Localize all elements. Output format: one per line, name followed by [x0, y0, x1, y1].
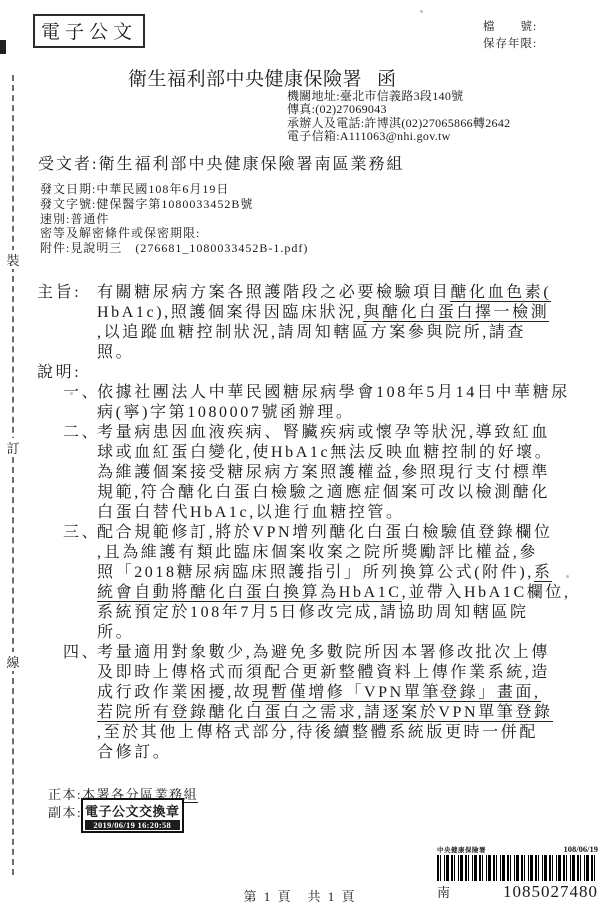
recipient-label: 受文者:	[38, 156, 98, 173]
document-page: 電子公文 檔 號: 保存年限: 衛生福利部中央健康保險署函 機關地址:臺北市信義…	[0, 0, 600, 914]
copy-recipient-line: 副本:	[48, 802, 82, 821]
text-segment: ,並帶入HbA1C欄位,	[402, 584, 571, 601]
item-lines: 考量病患因血液疾病、腎臟疾病或懷孕等狀況,導致紅血球或血紅蛋白變化,使HbA1c…	[97, 423, 600, 523]
body-line: 規範,符合醣化白蛋白檢驗之適應症個案可改以檢測醣化	[97, 483, 600, 503]
barcode-number: 1085027480	[503, 882, 598, 902]
body-line: 考量病患因血液疾病、腎臟疾病或懷孕等狀況,導致紅血	[97, 423, 600, 443]
barcode	[437, 855, 598, 881]
barcode-date: 108/06/19	[564, 844, 598, 854]
exchange-stamp-datetime: 2019/06/19 16:20:58	[85, 820, 180, 830]
attachment-reference: 附件:見說明三 (276681_1080033452B-1.pdf)	[40, 241, 308, 256]
item-number: 二、	[63, 423, 100, 443]
text-segment: 系統預定於108年7月5日修改完成,請協助周知轄區院	[97, 604, 529, 621]
text-segment: ,以追蹤血糖控制狀況,請周知轄區方案參與院所,請查	[97, 324, 526, 341]
text-segment: 有關糖尿病方案各照護階段之必要檢驗項目	[97, 284, 450, 301]
item-lines: 依據社團法人中華民國糖尿病學會108年5月14日中華糖尿病(寧)字第108000…	[97, 383, 600, 423]
body-line: 配合規範修訂,將於VPN增列醣化白蛋白檢驗值登錄欄位	[97, 523, 600, 543]
text-segment: 照。	[97, 344, 134, 361]
body-line: ,以追蹤血糖控制狀況,請周知轄區方案參與院所,請查	[97, 323, 600, 343]
agency-contact-block: 機關地址:臺北市信義路3段140號 傳真:(02)27069043 承辦人及電話…	[287, 90, 510, 143]
text-segment: HbA1c),照護個案得因臨床狀況,	[97, 304, 363, 321]
scan-noise-dot	[232, 162, 235, 165]
document-body: 主旨: 有關糖尿病方案各照護階段之必要檢驗項目醣化血色素(HbA1c),照護個案…	[0, 283, 600, 763]
binding-margin-line	[12, 75, 14, 875]
underlined-text-segment: 與醣化白蛋白擇一檢測	[363, 304, 549, 322]
text-segment: 考量適用對象數少,為避免多數院所因本署修改批次上傳	[97, 644, 550, 661]
document-meta-block: 發文日期:中華民國108年6月19日 發文字號:健保醫字第1080033452B…	[40, 182, 308, 256]
document-title: 衛生福利部中央健康保險署函	[128, 64, 397, 91]
text-segment: ,至於其他上傳格式部分,待後續整體系統版更時一併配	[97, 724, 538, 741]
text-segment: 所。	[97, 624, 134, 641]
file-number-label: 檔 號:	[483, 19, 537, 36]
recipient-line: 受文者:衛生福利部中央健康保險署南區業務組	[38, 151, 404, 174]
issuing-agency-name: 衛生福利部中央健康保險署	[128, 69, 362, 90]
text-segment: 照「2018糖尿病臨床照護指引」所列換算公式(附件),	[97, 564, 534, 581]
body-line: 依據社團法人中華民國糖尿病學會108年5月14日中華糖尿	[97, 383, 600, 403]
explanation-label: 說明:	[0, 363, 600, 383]
barcode-agency-name: 中央健康保險署	[437, 845, 486, 854]
body-line: 若院所有登錄醣化白蛋白之需求,請逐案於VPN單筆登錄	[97, 703, 600, 723]
priority: 速別:普通件	[40, 212, 308, 227]
body-line: 及即時上傳格式而須配合更新整體資料上傳作業系統,造	[97, 663, 600, 683]
binding-mark-zhuang: 裝	[4, 250, 22, 269]
body-line: ,至於其他上傳格式部分,待後續整體系統版更時一併配	[97, 723, 600, 743]
body-line: ,且為維護有類此臨床個案收案之院所獎勵評比權益,參	[97, 543, 600, 563]
electronic-document-stamp: 電子公文	[33, 14, 145, 48]
retention-period-label: 保存年限:	[483, 36, 537, 53]
recipient-value: 衛生福利部中央健康保險署南區業務組	[98, 156, 404, 173]
text-segment: 考量病患因血液疾病、腎臟疾病或懷孕等狀況,導致紅血	[97, 424, 550, 441]
text-segment: 球或血紅蛋白變化,使HbA1c無法反映血糖控制的好壞。	[97, 444, 553, 461]
body-line: HbA1c),照護個案得因臨床狀況,與醣化白蛋白擇一檢測	[97, 303, 600, 323]
subject-lines: 有關糖尿病方案各照護階段之必要檢驗項目醣化血色素(HbA1c),照護個案得因臨床…	[97, 283, 600, 363]
barcode-header: 中央健康保險署 108/06/19	[437, 844, 598, 854]
scan-noise-dot	[566, 575, 569, 578]
scan-noise-dot	[522, 300, 525, 303]
body-line: 成行政作業困擾,故現暫僅增修「VPN單筆登錄」畫面,	[97, 683, 600, 703]
text-segment: 成行政作業困擾,故	[97, 684, 252, 701]
electronic-document-stamp-label: 電子公文	[41, 22, 137, 43]
underlined-text-segment: 醣化血色素(	[450, 284, 551, 302]
text-segment: 規範,符合醣化白蛋白檢驗之適應症個案可改以檢測醣化	[97, 484, 550, 501]
text-segment: 白蛋白替代HbA1c,以進行血糖控管。	[97, 504, 405, 521]
underlined-text-segment: 若院所有登錄醣化白蛋白之需求,請逐案於VPN單筆登錄	[97, 704, 553, 722]
explanation-item-4: 四、 考量適用對象數少,為避免多數院所因本署修改批次上傳及即時上傳格式而須配合更…	[0, 643, 600, 763]
document-type: 函	[377, 69, 397, 90]
item-number: 四、	[63, 643, 100, 663]
explanation-item-3: 三、 配合規範修訂,將於VPN增列醣化白蛋白檢驗值登錄欄位,且為維護有類此臨床個…	[0, 523, 600, 643]
scan-artifact	[0, 40, 6, 54]
body-line: 合修訂。	[97, 743, 600, 763]
agency-fax: 傳真:(02)27069043	[287, 103, 510, 116]
text-segment: ,且為維護有類此臨床個案收案之院所獎勵評比權益,參	[97, 544, 538, 561]
security-classification: 密等及解密條件或保密期限:	[40, 226, 308, 241]
item-number: 三、	[63, 523, 100, 543]
body-line: 球或血紅蛋白變化,使HbA1c無法反映血糖控制的好壞。	[97, 443, 600, 463]
copy-label: 副本:	[48, 805, 82, 820]
contact-person-phone: 承辦人及電話:許博淇(02)27065866轉2642	[287, 117, 510, 130]
registration-barcode-block: 中央健康保險署 108/06/19 南 1085027480	[437, 844, 598, 902]
explanation-item-1: 一、 依據社團法人中華民國糖尿病學會108年5月14日中華糖尿病(寧)字第108…	[0, 383, 600, 423]
subject-label: 主旨:	[37, 283, 81, 303]
body-line: 照。	[97, 343, 600, 363]
subject-paragraph: 主旨: 有關糖尿病方案各照護階段之必要檢驗項目醣化血色素(HbA1c),照護個案…	[0, 283, 600, 363]
explanation-item-2: 二、 考量病患因血液疾病、腎臟疾病或懷孕等狀況,導致紅血球或血紅蛋白變化,使Hb…	[0, 423, 600, 523]
body-line: 照「2018糖尿病臨床照護指引」所列換算公式(附件),系	[97, 563, 600, 583]
body-line: 白蛋白替代HbA1c,以進行血糖控管。	[97, 503, 600, 523]
underlined-text-segment: 統會自動將醣化白蛋白換算為HbA1C	[97, 584, 402, 602]
issue-date: 發文日期:中華民國108年6月19日	[40, 182, 308, 197]
issue-number: 發文字號:健保醫字第1080033452B號	[40, 197, 308, 212]
original-label: 正本:	[48, 787, 82, 802]
text-segment: 及即時上傳格式而須配合更新整體資料上傳作業系統,造	[97, 664, 550, 681]
body-line: 病(寧)字第1080007號函辦理。	[97, 403, 600, 423]
text-segment: 合修訂。	[97, 744, 171, 761]
underlined-text-segment: 現暫僅增修「VPN單筆登錄」畫面,	[252, 684, 540, 702]
scan-noise-dot	[440, 690, 443, 693]
underlined-text-segment: 系	[534, 564, 553, 582]
binding-mark-xian: 線	[4, 652, 22, 671]
item-lines: 考量適用對象數少,為避免多數院所因本署修改批次上傳及即時上傳格式而須配合更新整體…	[97, 643, 600, 763]
body-line: 為維護個案接受糖尿病方案照護權益,參照現行支付標準	[97, 463, 600, 483]
text-segment: 病(寧)字第1080007號函辦理。	[97, 404, 354, 421]
text-segment: 為維護個案接受糖尿病方案照護權益,參照現行支付標準	[97, 464, 550, 481]
item-number: 一、	[63, 383, 100, 403]
exchange-stamp-title: 電子公文交換章	[85, 801, 180, 820]
body-line: 考量適用對象數少,為避免多數院所因本署修改批次上傳	[97, 643, 600, 663]
barcode-footer: 南 1085027480	[437, 882, 598, 902]
body-line: 系統預定於108年7月5日修改完成,請協助周知轄區院	[97, 603, 600, 623]
body-line: 統會自動將醣化白蛋白換算為HbA1C,並帶入HbA1C欄位,	[97, 583, 600, 603]
text-segment: 依據社團法人中華民國糖尿病學會108年5月14日中華糖尿	[97, 384, 570, 401]
barcode-region-code: 南	[437, 882, 450, 901]
scan-noise-dot	[70, 392, 73, 395]
body-line: 所。	[97, 623, 600, 643]
binding-mark-ding: 訂	[4, 438, 22, 457]
scan-noise-dot	[420, 10, 423, 13]
electronic-exchange-stamp: 電子公文交換章 2019/06/19 16:20:58	[81, 798, 184, 833]
item-lines: 配合規範修訂,將於VPN增列醣化白蛋白檢驗值登錄欄位,且為維護有類此臨床個案收案…	[97, 523, 600, 643]
file-number-block: 檔 號: 保存年限:	[483, 19, 537, 53]
text-segment: 配合規範修訂,將於VPN增列醣化白蛋白檢驗值登錄欄位	[97, 524, 553, 541]
agency-email: 電子信箱:A111063@nhi.gov.tw	[287, 130, 510, 143]
